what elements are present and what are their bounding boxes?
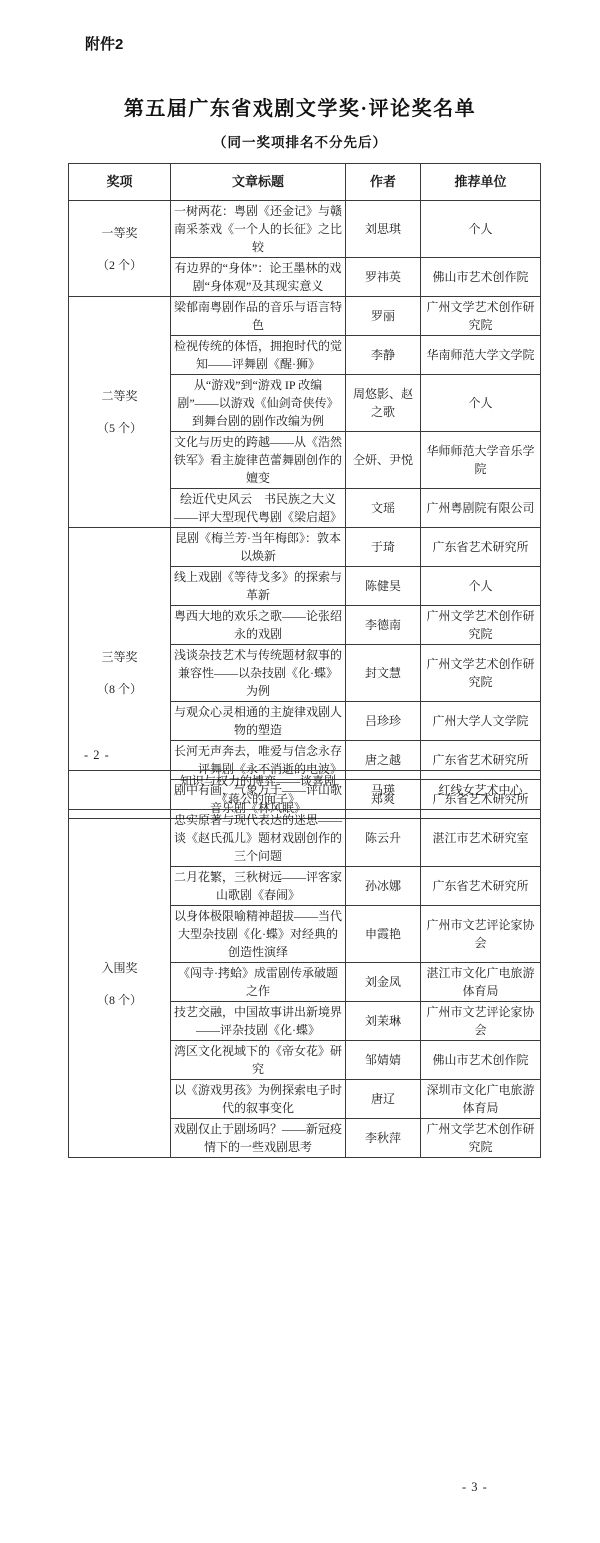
article-title-cell: 文化与历史的跨越——从《浩然铁军》看主旋律芭蕾舞剧创作的嬗变 <box>171 432 346 489</box>
table-row: 三等奖 （8 个） 昆剧《梅兰芳·当年梅郎》：敦本以焕新 于琦 广东省艺术研究所 <box>69 528 541 567</box>
header-author: 作者 <box>346 164 421 201</box>
page-number-3: - 3 - <box>462 1480 488 1495</box>
unit-cell: 广州市文艺评论家协会 <box>421 906 541 963</box>
award-count: （8 个） <box>72 680 167 698</box>
author-cell: 孙冰娜 <box>346 867 421 906</box>
award-name: 三等奖 <box>72 648 167 666</box>
author-cell: 陈健昊 <box>346 567 421 606</box>
unit-cell: 广州市文艺评论家协会 <box>421 1002 541 1041</box>
page-subtitle: （同一奖项排名不分先后） <box>0 131 600 151</box>
author-cell: 陈云升 <box>346 810 421 867</box>
unit-cell: 广州文学艺术创作研究院 <box>421 297 541 336</box>
article-title-cell: 绘近代史风云 书民族之大义——评大型现代粤剧《梁启超》 <box>171 489 346 528</box>
unit-cell: 广州文学艺术创作研究院 <box>421 606 541 645</box>
table-row: 一等奖 （2 个） 一树两花：粤剧《还金记》与赣南采茶戏《一个人的长征》之比较 … <box>69 201 541 258</box>
article-title-cell: 与观众心灵相通的主旋律戏剧人物的塑造 <box>171 702 346 741</box>
attachment-label: 附件2 <box>85 33 123 54</box>
table-row: 知识与权力的博弈——谈喜剧《蒋公的面子》 马瑛 红线女艺术中心 <box>69 771 541 810</box>
author-cell: 文瑶 <box>346 489 421 528</box>
article-title-cell: 二月花繁，三秋树远——评客家山歌剧《春闹》 <box>171 867 346 906</box>
article-title-cell: 以身体极限喻精神超拔——当代大型杂技剧《化·蝶》对经典的创造性演绎 <box>171 906 346 963</box>
unit-cell: 个人 <box>421 567 541 606</box>
unit-cell: 广州粤剧院有限公司 <box>421 489 541 528</box>
article-title-cell: 知识与权力的博弈——谈喜剧《蒋公的面子》 <box>171 771 346 810</box>
author-cell: 李德南 <box>346 606 421 645</box>
author-cell: 仝妍、尹悦 <box>346 432 421 489</box>
award-count: （8 个） <box>72 991 167 1009</box>
article-title-cell: 一树两花：粤剧《还金记》与赣南采茶戏《一个人的长征》之比较 <box>171 201 346 258</box>
unit-cell: 个人 <box>421 375 541 432</box>
award-table-page3: 知识与权力的博弈——谈喜剧《蒋公的面子》 马瑛 红线女艺术中心 入围奖 （8 个… <box>68 770 541 1158</box>
article-title-cell: 以《游戏男孩》为例探索电子时代的叙事变化 <box>171 1080 346 1119</box>
unit-cell: 广州大学人文学院 <box>421 702 541 741</box>
header-award: 奖项 <box>69 164 171 201</box>
article-title-cell: 技艺交融，中国故事讲出新境界——评杂技剧《化·蝶》 <box>171 1002 346 1041</box>
unit-cell: 湛江市文化广电旅游体育局 <box>421 963 541 1002</box>
award-name: 一等奖 <box>72 224 167 242</box>
article-title-cell: 梁郁南粤剧作品的音乐与语言特色 <box>171 297 346 336</box>
table-header-row: 奖项 文章标题 作者 推荐单位 <box>69 164 541 201</box>
author-cell: 刘茉琳 <box>346 1002 421 1041</box>
article-title-cell: 粤西大地的欢乐之歌——论张绍永的戏剧 <box>171 606 346 645</box>
author-cell: 李秋萍 <box>346 1119 421 1158</box>
unit-cell: 佛山市艺术创作院 <box>421 258 541 297</box>
unit-cell: 华南师范大学文学院 <box>421 336 541 375</box>
article-title-cell: 线上戏剧《等待戈多》的探索与革新 <box>171 567 346 606</box>
unit-cell: 广东省艺术研究所 <box>421 528 541 567</box>
author-cell: 于琦 <box>346 528 421 567</box>
document-page: 附件2 第五届广东省戏剧文学奖·评论奖名单 （同一奖项排名不分先后） 奖项 文章… <box>0 0 600 1543</box>
award-count: （2 个） <box>72 256 167 274</box>
article-title-cell: 浅谈杂技艺术与传统题材叙事的兼容性——以杂技剧《化·蝶》为例 <box>171 645 346 702</box>
unit-cell: 红线女艺术中心 <box>421 771 541 810</box>
author-cell: 马瑛 <box>346 771 421 810</box>
article-title-cell: 昆剧《梅兰芳·当年梅郎》：敦本以焕新 <box>171 528 346 567</box>
article-title-cell: 有边界的“身体”：论王墨林的戏剧“身体观”及其现实意义 <box>171 258 346 297</box>
author-cell: 罗丽 <box>346 297 421 336</box>
unit-cell: 广州文学艺术创作研究院 <box>421 645 541 702</box>
unit-cell: 深圳市文化广电旅游体育局 <box>421 1080 541 1119</box>
award-count: （5 个） <box>72 419 167 437</box>
article-title-cell: 从“游戏”到“游戏 IP 改编剧”——以游戏《仙剑奇侠传》到舞台剧的剧作改编为例 <box>171 375 346 432</box>
article-title-cell: 《闯寺·拷蛤》成雷剧传承破题之作 <box>171 963 346 1002</box>
unit-cell: 个人 <box>421 201 541 258</box>
award-cell-empty <box>69 771 171 810</box>
author-cell: 刘思琪 <box>346 201 421 258</box>
award-name: 二等奖 <box>72 387 167 405</box>
author-cell: 邹婧婧 <box>346 1041 421 1080</box>
award-name: 入围奖 <box>72 959 167 977</box>
unit-cell: 广东省艺术研究所 <box>421 867 541 906</box>
author-cell: 刘金凤 <box>346 963 421 1002</box>
table-row: 二等奖 （5 个） 梁郁南粤剧作品的音乐与语言特色 罗丽 广州文学艺术创作研究院 <box>69 297 541 336</box>
article-title-cell: 忠实原著与现代表达的迷思——谈《赵氏孤儿》题材戏剧创作的三个问题 <box>171 810 346 867</box>
author-cell: 唐辽 <box>346 1080 421 1119</box>
unit-cell: 湛江市艺术研究室 <box>421 810 541 867</box>
article-title-cell: 检视传统的体悟，拥抱时代的觉知——评舞剧《醒·狮》 <box>171 336 346 375</box>
header-unit: 推荐单位 <box>421 164 541 201</box>
unit-cell: 佛山市艺术创作院 <box>421 1041 541 1080</box>
author-cell: 周悠影、赵之歌 <box>346 375 421 432</box>
header-title: 文章标题 <box>171 164 346 201</box>
author-cell: 罗祎英 <box>346 258 421 297</box>
award-cell: 入围奖 （8 个） <box>69 810 171 1158</box>
author-cell: 吕珍珍 <box>346 702 421 741</box>
table-row: 入围奖 （8 个） 忠实原著与现代表达的迷思——谈《赵氏孤儿》题材戏剧创作的三个… <box>69 810 541 867</box>
article-title-cell: 湾区文化视域下的《帝女花》研究 <box>171 1041 346 1080</box>
author-cell: 封文慧 <box>346 645 421 702</box>
award-cell: 一等奖 （2 个） <box>69 201 171 297</box>
unit-cell: 广州文学艺术创作研究院 <box>421 1119 541 1158</box>
author-cell: 申霞艳 <box>346 906 421 963</box>
award-table-page2: 奖项 文章标题 作者 推荐单位 一等奖 （2 个） 一树两花：粤剧《还金记》与赣… <box>68 163 541 819</box>
page-title: 第五届广东省戏剧文学奖·评论奖名单 <box>0 92 600 121</box>
article-title-cell: 戏剧仅止于剧场吗？——新冠疫情下的一些戏剧思考 <box>171 1119 346 1158</box>
page-number-2: - 2 - <box>84 748 110 763</box>
unit-cell: 华师师范大学音乐学院 <box>421 432 541 489</box>
award-cell: 二等奖 （5 个） <box>69 297 171 528</box>
author-cell: 李静 <box>346 336 421 375</box>
